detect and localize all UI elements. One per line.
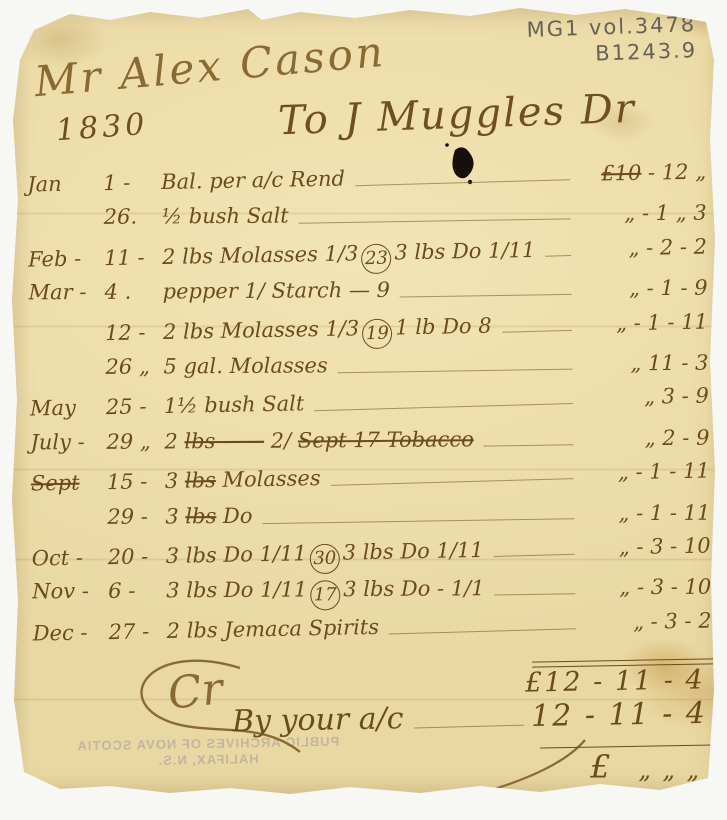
entry-amount: „ - 1 - 11 — [582, 459, 714, 486]
entry-month: Oct - — [32, 545, 108, 570]
scanned-document: MG1 vol.3478 B1243.9 Mr Alex Cason 1830 … — [0, 0, 727, 820]
entry-month: Feb - — [28, 246, 104, 271]
leader-line — [338, 369, 573, 374]
amount-text: „ 3 - 9 — [644, 384, 709, 409]
entry-text: Molasses — [216, 466, 321, 492]
amount-text: „ - 1 - 11 — [618, 459, 710, 485]
amount-text: „ - 2 - 2 — [628, 234, 707, 260]
entry-description: Bal. per a/c Rend — [161, 166, 345, 194]
entry-description: ½ bush Salt — [162, 204, 289, 229]
balance-currency: £ — [590, 748, 612, 786]
entry-text: 3 lbs Do 1/11 — [342, 538, 483, 565]
entry-day: 6 - — [108, 579, 166, 603]
entry-text: 3 — [165, 504, 185, 528]
entry-text: lbs — [185, 504, 216, 528]
entry-amount: „ 11 - 3 — [580, 351, 712, 376]
leader-line — [314, 403, 573, 411]
amount-text: £10 — [601, 161, 642, 186]
entry-month: Sept — [31, 470, 107, 495]
entry-description: 2 lbs Molasses 1/3233 lbs Do 1/11 — [162, 238, 536, 278]
entry-amount: £10 - 12 „ — [578, 159, 710, 186]
entry-text: 2 — [164, 429, 184, 453]
debit-total: £12 - 11 - 4 — [525, 664, 705, 698]
credit-marker: Cr — [165, 663, 225, 719]
amount-text: „ - 3 - 2 — [633, 608, 712, 634]
entry-text: 3 lbs Do 1/11 — [166, 578, 307, 603]
entry-day: 4 . — [105, 280, 163, 304]
amount-text: „ 2 - 9 — [645, 425, 710, 449]
entry-text: pepper 1/ Starch — 9 — [163, 278, 391, 304]
entry-text: 3 — [165, 469, 186, 493]
amount-text: „ - 3 - 10 — [619, 575, 711, 600]
entry-text: 3 lbs Do - 1/1 — [343, 577, 485, 602]
entry-description: 3 lbs Molasses — [165, 466, 321, 493]
entry-text: 1½ bush Salt — [164, 392, 305, 419]
entry-text: Do — [216, 503, 252, 527]
entry-day: 12 - — [105, 320, 163, 345]
ledger-paper: MG1 vol.3478 B1243.9 Mr Alex Cason 1830 … — [0, 0, 727, 800]
entry-text: 2 lbs Jemaca Spirits — [166, 615, 379, 643]
entry-day: 26 „ — [105, 354, 163, 378]
leader-line — [502, 329, 572, 332]
entry-amount: „ - 3 - 10 — [582, 533, 714, 560]
entry-month: Nov - — [32, 579, 108, 604]
circled-day: 30 — [310, 544, 341, 575]
account-title: To J Muggles Dr — [277, 86, 636, 144]
entry-amount: „ 3 - 9 — [581, 384, 713, 411]
entry-day: 29 „ — [106, 429, 164, 453]
balance-dittos: „ „ „ — [638, 756, 701, 784]
entry-description: 5 gal. Molasses — [163, 353, 327, 378]
entry-day: 27 - — [108, 619, 166, 644]
entry-amount: „ - 1 - 11 — [582, 500, 714, 525]
amount-text: „ - 1 „ 3 — [624, 201, 706, 226]
leader-line — [331, 478, 574, 486]
ledger-year: 1830 — [55, 107, 150, 148]
entry-month — [30, 374, 106, 375]
entry-amount: „ - 1 „ 3 — [579, 201, 711, 226]
entry-text: 1 lb Do 8 — [395, 313, 492, 339]
entry-description: 2 lbs Jemaca Spirits — [166, 615, 379, 643]
entry-month: Dec - — [32, 620, 108, 645]
entry-amount: „ - 3 - 2 — [583, 608, 715, 635]
entry-month — [28, 224, 104, 225]
entry-month: Mar - — [29, 280, 105, 305]
entry-day: 11 - — [104, 245, 162, 270]
amount-text: „ 11 - 3 — [630, 351, 708, 376]
entry-description: 3 lbs Do — [165, 503, 252, 528]
entry-day: 25 - — [106, 394, 164, 419]
ledger-entries: Jan1 -Bal. per a/c Rend£10 - 12 „26.½ bu… — [27, 162, 716, 656]
entry-amount: „ - 2 - 2 — [579, 234, 711, 261]
amount-text: „ - 1 - 11 — [618, 500, 710, 525]
entry-text: ½ bush Salt — [162, 204, 289, 229]
leader-line — [389, 628, 576, 634]
pound-tail-flourish — [432, 740, 585, 806]
credit-amount: 12 - 11 - 4 — [531, 696, 713, 734]
leader-line — [299, 219, 571, 224]
entry-text: 2 lbs Molasses 1/3 — [163, 316, 360, 344]
balance-row: £„ „ „ — [590, 748, 701, 786]
amount-text: „ - 1 - 11 — [616, 309, 708, 335]
entry-day: 29 - — [107, 504, 165, 528]
entry-text: lbs —— — [184, 428, 264, 453]
entry-description: pepper 1/ Starch — 9 — [163, 278, 391, 304]
circled-day: 19 — [362, 318, 393, 349]
entry-day: 26. — [104, 205, 162, 229]
amount-text: „ - 3 - 10 — [619, 533, 711, 559]
entry-amount: „ - 1 - 11 — [580, 309, 712, 336]
entry-text: lbs — [185, 468, 216, 493]
entry-description: 3 lbs Do 1/11303 lbs Do 1/11 — [166, 538, 485, 577]
entry-month — [29, 340, 105, 341]
entry-text: Bal. per a/c Rend — [161, 166, 345, 194]
circled-day: 23 — [361, 243, 392, 274]
entry-amount: „ 2 - 9 — [581, 425, 713, 450]
credit-row: By your a/c 12 - 11 - 4 — [232, 696, 714, 739]
entry-day: 15 - — [107, 469, 165, 494]
archives-stamp-bleedthrough: PUBLIC ARCHIVES OF NOVA SCOTIA HALIFAX, … — [58, 733, 359, 770]
leader-line — [263, 518, 575, 524]
leader-line — [414, 725, 524, 729]
archival-reference: MG1 vol.3478 B1243.9 — [526, 11, 697, 69]
amount-text: - 12 „ — [641, 160, 706, 185]
entry-month: Jan — [27, 171, 103, 196]
entry-month — [31, 523, 107, 524]
amount-text: „ - 1 - 9 — [629, 276, 708, 301]
entry-text: 2 lbs Molasses 1/3 — [162, 241, 359, 269]
entry-text: 5 gal. Molasses — [163, 353, 327, 378]
entry-month: May — [30, 395, 106, 420]
entry-amount: „ - 1 - 9 — [579, 276, 711, 301]
entry-day: 1 - — [103, 170, 161, 195]
entry-text: 2/ — [264, 428, 298, 452]
entry-text: Sept 17 Tobacco — [298, 427, 474, 452]
entry-description: 1½ bush Salt — [164, 392, 305, 419]
leader-line — [355, 179, 570, 186]
account-holder-name: Mr Alex Cason — [33, 27, 388, 107]
entry-month: July - — [30, 430, 106, 455]
entry-description: 3 lbs Do 1/11173 lbs Do - 1/1 — [166, 577, 485, 612]
entry-day: 20 - — [108, 544, 166, 569]
entry-description: 2 lbs Molasses 1/3191 lb Do 8 — [163, 313, 492, 352]
entry-description: 2 lbs —— 2/ Sept 17 Tobacco — [164, 427, 474, 453]
leader-line — [495, 594, 576, 596]
leader-line — [494, 554, 575, 557]
ink-splatter-dot — [445, 143, 449, 147]
entry-amount: „ - 3 - 10 — [583, 575, 715, 600]
leader-line — [545, 255, 571, 257]
circled-day: 17 — [310, 581, 340, 611]
entry-text: 3 lbs Do 1/11 — [166, 541, 307, 568]
entry-text: 3 lbs Do 1/11 — [394, 238, 535, 265]
leader-line — [400, 294, 572, 298]
leader-line — [484, 444, 574, 446]
